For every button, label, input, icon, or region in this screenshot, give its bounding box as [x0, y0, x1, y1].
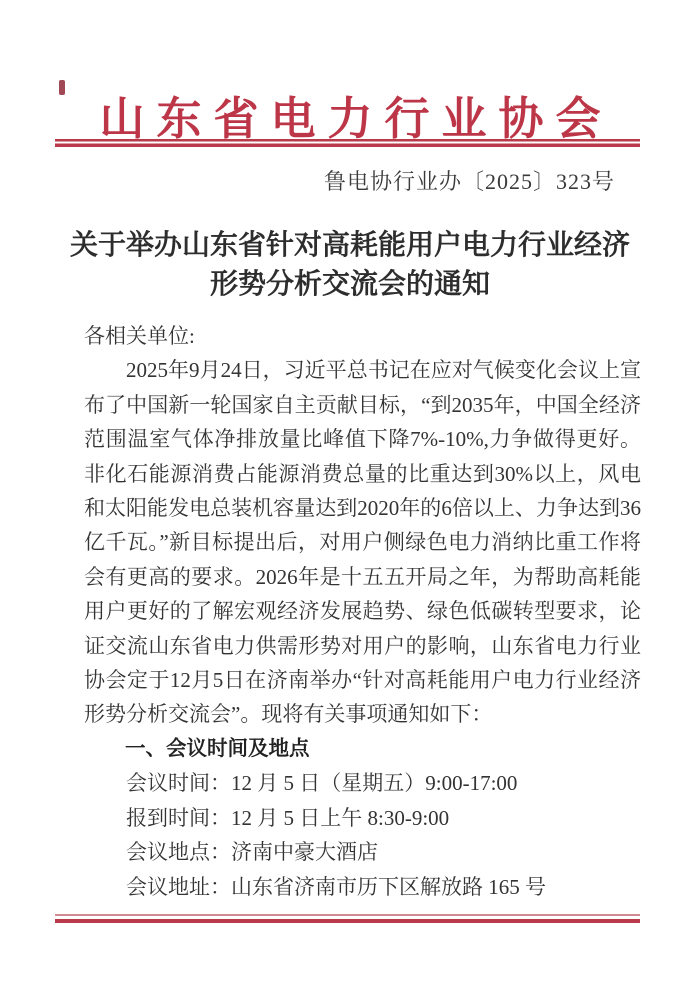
section-heading-1: 一、会议时间及地点: [84, 732, 641, 766]
meeting-venue-value: 济南中豪大酒店: [231, 840, 378, 864]
document-body: 各相关单位: 2025年9月24日，习近平总书记在应对气候变化会议上宣布了中国新…: [84, 319, 641, 904]
document-title-line2: 形势分析交流会的通知: [42, 265, 658, 304]
document-title-line1: 关于举办山东省针对高耗能用户电力行业经济: [42, 226, 658, 265]
main-paragraph: 2025年9月24日，习近平总书记在应对气候变化会议上宣布了中国新一轮国家自主贡…: [84, 353, 641, 731]
meeting-venue-row: 会议地点：济南中豪大酒店: [84, 835, 641, 869]
meeting-address-value: 山东省济南市历下区解放路 165 号: [231, 875, 546, 899]
salutation: 各相关单位:: [84, 319, 641, 353]
meeting-time-label: 会议时间：: [126, 771, 231, 795]
registration-time-label: 报到时间：: [126, 806, 231, 830]
registration-time-row: 报到时间：12 月 5 日上午 8:30-9:00: [84, 801, 641, 835]
meeting-venue-label: 会议地点：: [126, 840, 231, 864]
footer-red-double-rule: [55, 914, 640, 923]
organization-letterhead-title: 山东省电力行业协会: [0, 82, 700, 147]
meeting-address-label: 会议地址：: [126, 875, 231, 899]
document-number: 鲁电协行业办〔2025〕323号: [324, 165, 615, 196]
registration-time-value: 12 月 5 日上午 8:30-9:00: [231, 806, 449, 830]
meeting-address-row: 会议地址：山东省济南市历下区解放路 165 号: [84, 870, 641, 904]
document-title: 关于举办山东省针对高耗能用户电力行业经济 形势分析交流会的通知: [42, 226, 658, 304]
meeting-time-row: 会议时间：12 月 5 日（星期五）9:00-17:00: [84, 766, 641, 800]
header-red-double-rule: [55, 139, 640, 147]
meeting-time-value: 12 月 5 日（星期五）9:00-17:00: [231, 771, 517, 795]
document-page: 山东省电力行业协会 鲁电协行业办〔2025〕323号 关于举办山东省针对高耗能用…: [0, 0, 700, 998]
